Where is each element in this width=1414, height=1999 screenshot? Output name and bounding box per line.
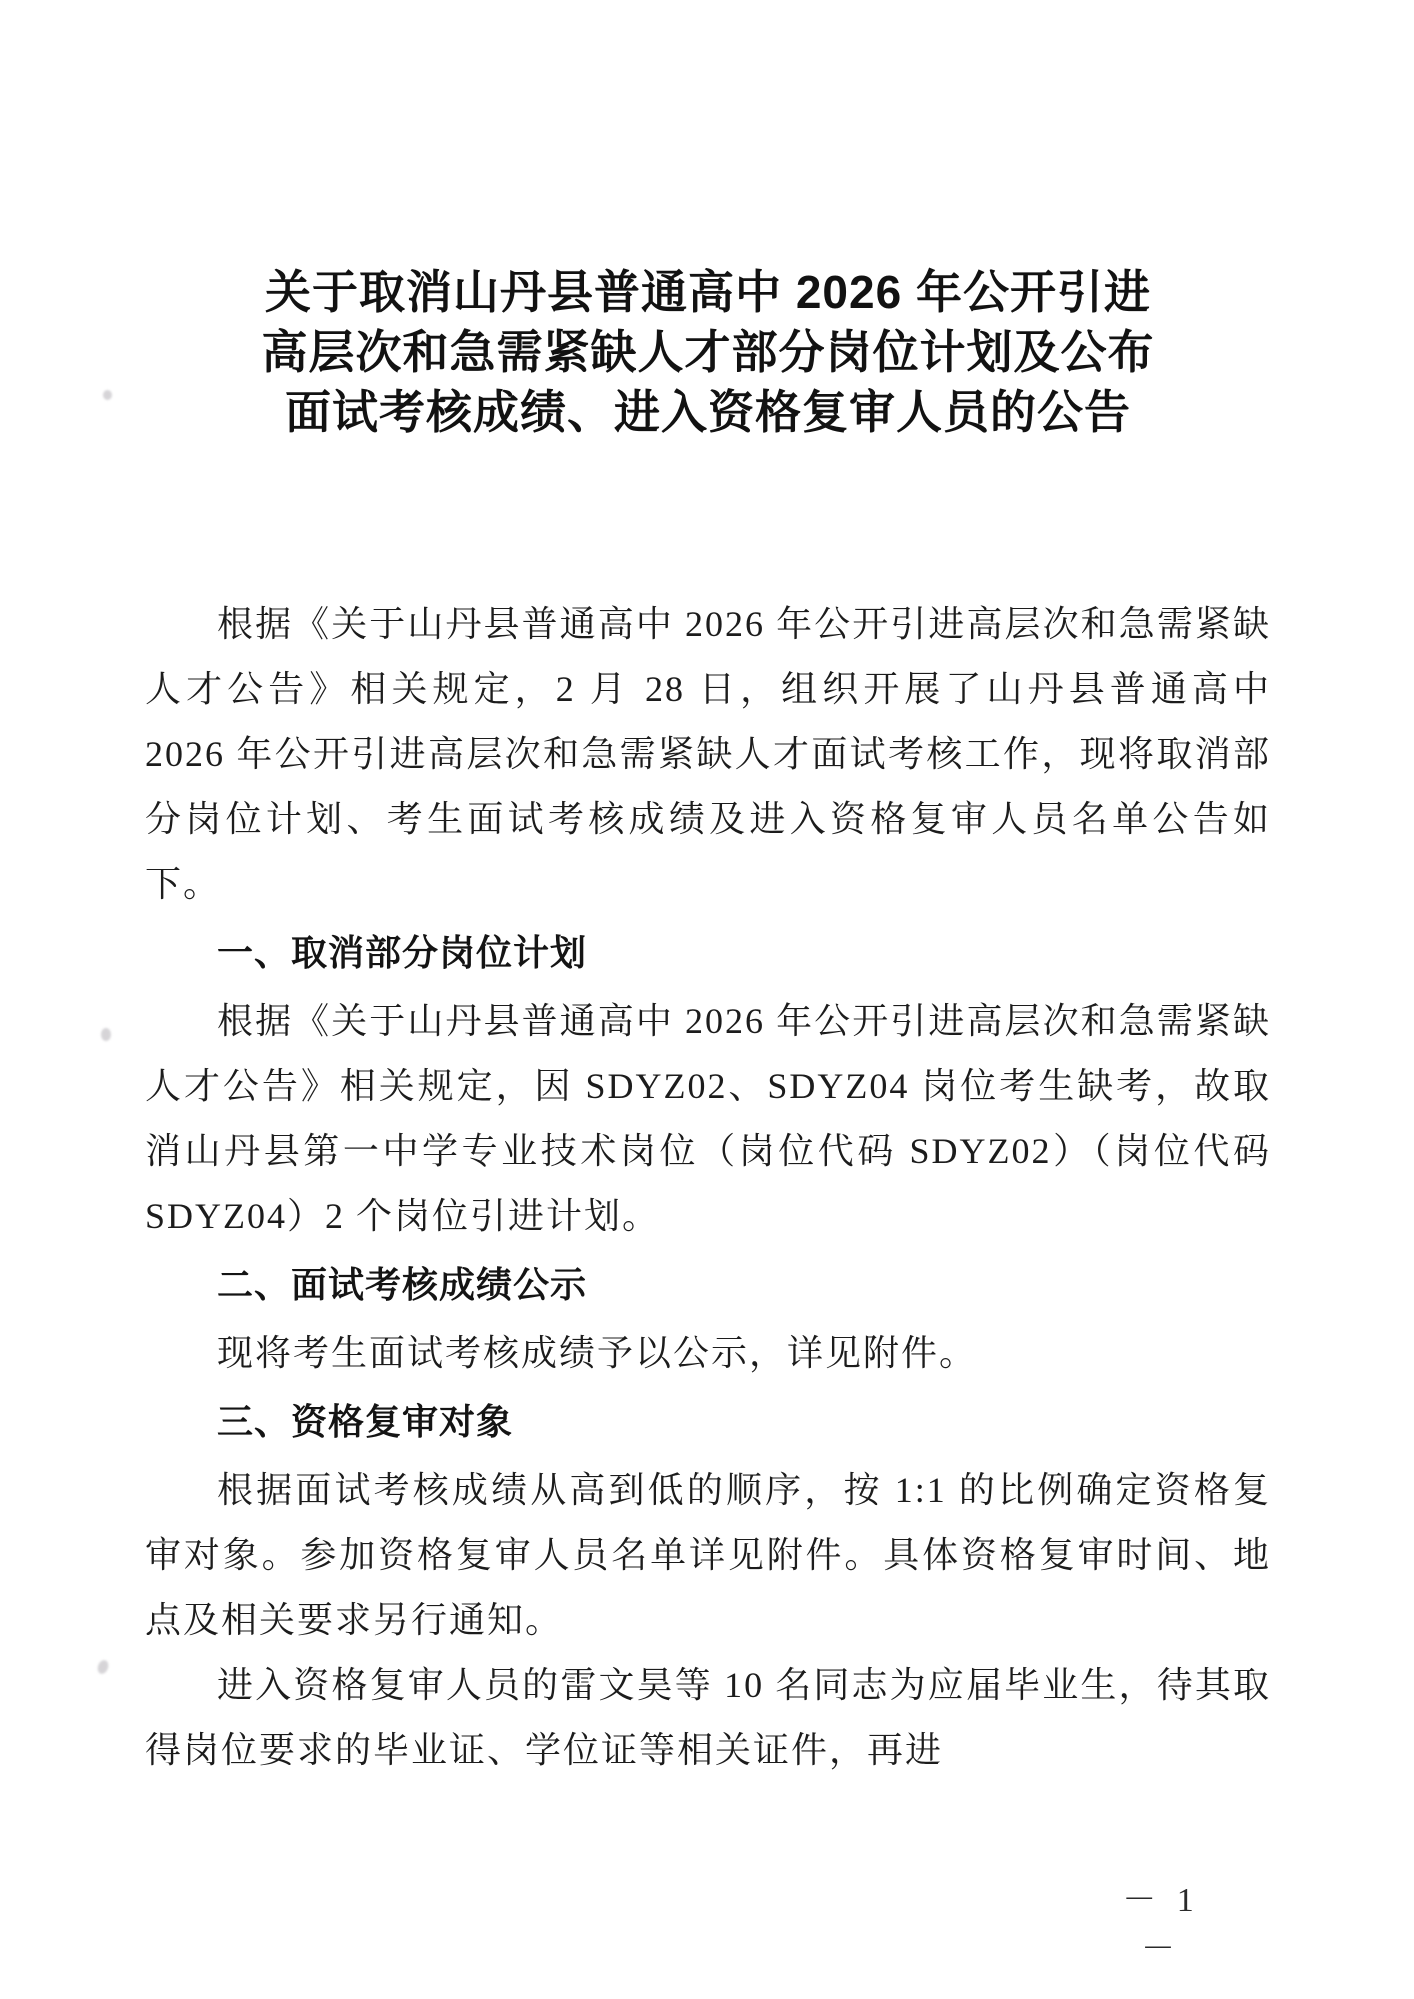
scan-artifact-speck xyxy=(103,390,112,400)
section-1-heading: 一、取消部分岗位计划 xyxy=(145,917,1271,989)
intro-paragraph: 根据《关于山丹县普通高中 2026 年公开引进高层次和急需紧缺人才公告》相关规定… xyxy=(145,592,1271,917)
section-3-paragraph-1: 根据面试考核成绩从高到低的顺序，按 1:1 的比例确定资格复审对象。参加资格复审… xyxy=(145,1458,1271,1653)
document-page: 关于取消山丹县普通高中 2026 年公开引进 高层次和急需紧缺人才部分岗位计划及… xyxy=(0,0,1414,1999)
document-body: 根据《关于山丹县普通高中 2026 年公开引进高层次和急需紧缺人才公告》相关规定… xyxy=(145,592,1271,1783)
page-number: － 1 － xyxy=(1096,1872,1226,1970)
section-3-heading: 三、资格复审对象 xyxy=(145,1386,1271,1458)
document-title-line-2: 高层次和急需紧缺人才部分岗位计划及公布 xyxy=(145,322,1271,382)
section-3-paragraph-2: 进入资格复审人员的雷文昊等 10 名同志为应届毕业生，待其取得岗位要求的毕业证、… xyxy=(145,1653,1271,1783)
document-title: 关于取消山丹县普通高中 2026 年公开引进 高层次和急需紧缺人才部分岗位计划及… xyxy=(145,262,1271,442)
scan-artifact-speck xyxy=(96,1659,110,1676)
document-content: 关于取消山丹县普通高中 2026 年公开引进 高层次和急需紧缺人才部分岗位计划及… xyxy=(145,0,1271,1783)
section-2-paragraph: 现将考生面试考核成绩予以公示，详见附件。 xyxy=(145,1321,1271,1386)
section-2-heading: 二、面试考核成绩公示 xyxy=(145,1249,1271,1321)
scan-artifact-speck xyxy=(101,1028,111,1041)
document-title-line-1: 关于取消山丹县普通高中 2026 年公开引进 xyxy=(145,262,1271,322)
section-1-paragraph: 根据《关于山丹县普通高中 2026 年公开引进高层次和急需紧缺人才公告》相关规定… xyxy=(145,989,1271,1249)
document-title-line-3: 面试考核成绩、进入资格复审人员的公告 xyxy=(145,382,1271,442)
